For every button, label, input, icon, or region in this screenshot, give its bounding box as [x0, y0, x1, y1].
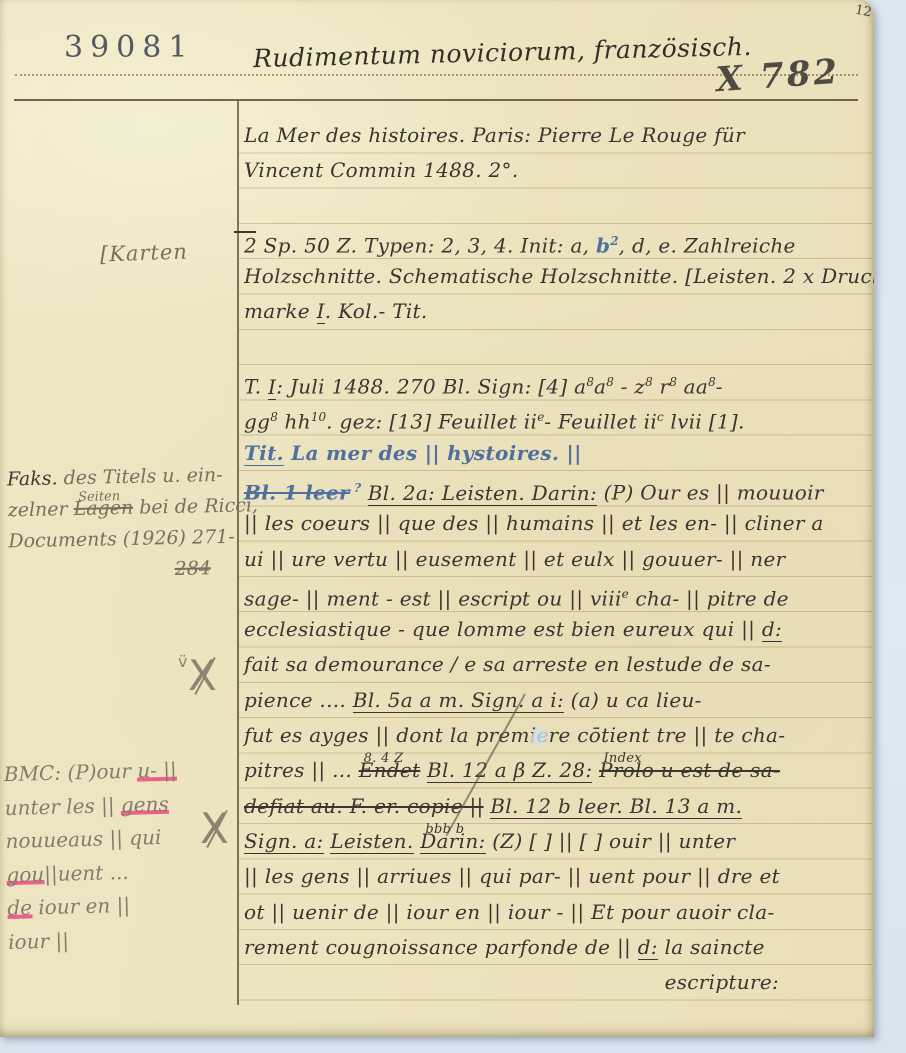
handwriting-segment: 8 — [708, 375, 716, 389]
handwritten-body: La Mer des histoires. Paris: Pierre Le R… — [244, 118, 874, 1000]
handwriting-segment: bei de Ricci, — [133, 494, 258, 519]
pencil-vee-mark: v̈ — [178, 641, 187, 683]
handwriting-segment: : Juli 1488. 270 Bl. Sign: [4] a — [276, 375, 586, 399]
handwriting-line: Vincent Commin 1488. 2°. — [244, 153, 874, 188]
handwriting-segment: aa — [677, 375, 708, 399]
handwriting-segment: Bl. 12 a β Z. 28: — [427, 758, 592, 783]
handwriting-segment: de — [7, 895, 32, 920]
handwriting-segment: 8 — [645, 375, 653, 389]
handwriting-segment: (a) u ca lieu- — [564, 688, 702, 712]
handwriting-segment: d: — [762, 617, 782, 642]
handwriting-line: Documents (1926) 271- — [8, 522, 241, 558]
handwriting-line: ot || uenir de || iour en || iour - || E… — [244, 895, 874, 930]
handwriting-line: || les coeurs || que des || humains || e… — [244, 506, 874, 541]
handwriting-line: || les gens || arriues || qui par- || ue… — [244, 859, 874, 894]
handwriting-segment: 2 — [610, 234, 618, 248]
handwriting-line: Sign. a: Leisten. Darin:bbb b (Z) [ ] ||… — [244, 824, 874, 859]
handwriting-line: Holzschnitte. Schematische Holzschnitte.… — [244, 259, 874, 294]
card-header-title: Rudimentum noviciorum, französisch. — [253, 32, 752, 73]
handwriting-segment: - Feuillet ii — [544, 410, 657, 434]
handwriting-segment: Bl. 12 b leer. Bl. 13 a m. — [490, 794, 742, 819]
handwriting-segment: rement cougnoissance parfonde de || — [244, 935, 638, 959]
handwriting-segment: ui || ure vertu || eusement || et eulx |… — [244, 547, 785, 571]
handwriting-segment: (P) Our es || mouuoir — [597, 481, 824, 505]
handwriting-segment: ecclesiastique - que lomme est bien eure… — [244, 617, 762, 641]
handwriting-segment: ot || uenir de || iour en || iour - || E… — [244, 900, 775, 924]
inserted-correction: Index — [603, 752, 641, 765]
handwriting-segment: , d, e. Zahlreiche — [619, 234, 796, 258]
handwriting-segment: . Kol.- Tit. — [325, 299, 428, 323]
handwriting-line: pitres || ... Endet8. 4 Z Bl. 12 a β Z. … — [244, 753, 874, 788]
pencil-x-mark-2: X — [200, 808, 229, 850]
handwriting-line: fait sa demourance / e sa arreste en les… — [244, 647, 874, 682]
handwriting-segment: || les coeurs || que des || humains || e… — [244, 511, 824, 535]
handwriting-segment: lvii [1]. — [664, 410, 745, 434]
handwriting-segment: La mer des || hystoires. || — [284, 441, 582, 465]
handwriting-segment: 8 — [270, 410, 278, 424]
margin-note-bmc: BMC: (P)our u- ||unter les || gensnouuea… — [3, 752, 243, 959]
handwriting-line: zelner LagenSeiten bei de Ricci, — [7, 491, 240, 527]
handwriting-segment: 10 — [311, 410, 326, 424]
handwriting-segment: La Mer des histoires. Paris: Pierre Le R… — [244, 123, 745, 147]
catalog-card-paper: 39081 Rudimentum noviciorum, französisch… — [0, 0, 874, 1037]
handwriting-segment: pitres || ... — [244, 758, 359, 782]
handwriting-segment: nouueaus || qui — [5, 825, 161, 853]
handwriting-segment: 284 — [174, 557, 211, 580]
handwriting-line: ecclesiastique - que lomme est bien eure… — [244, 612, 874, 647]
handwriting-segment: - z — [614, 375, 645, 399]
handwriting-line: La Mer des histoires. Paris: Pierre Le R… — [244, 118, 874, 153]
handwriting-segment: (Z) [ ] || [ ] ouir || unter — [486, 829, 736, 853]
handwriting-segment: gou — [6, 862, 44, 887]
handwriting-segment: iour en || — [32, 893, 131, 920]
handwriting-line: pience .... Bl. 5a a m. Sign. a i: (a) u… — [244, 683, 874, 718]
handwriting-segment: defiat au. F. er. copie || — [244, 794, 484, 818]
handwriting-segment: gens — [121, 791, 169, 816]
handwriting-segment: hh — [278, 410, 311, 434]
handwriting-segment: c — [657, 410, 664, 424]
handwriting-segment: cha- || pitre de — [629, 587, 789, 611]
handwriting-segment: Documents (1926) 271- — [8, 526, 235, 553]
handwriting-segment: Sign. a: — [244, 829, 324, 854]
handwriting-segment: gg — [244, 410, 270, 434]
handwriting-segment: b — [596, 234, 610, 258]
handwriting-segment: marke — [244, 299, 317, 323]
handwriting-segment: Bl. 1 leer — [244, 481, 350, 505]
corner-pen-mark: 12 — [854, 2, 873, 20]
handwriting-line: T. I: Juli 1488. 270 Bl. Sign: [4] a8a8 … — [244, 365, 874, 400]
handwriting-segment: Bl. 5a a m. Sign. a i: — [353, 688, 564, 713]
handwriting-line: 284 — [9, 553, 242, 589]
margin-note-karten: [Karten — [100, 239, 189, 266]
inserted-correction: Seiten — [78, 490, 120, 504]
shelfmark-annotation: X 782 — [715, 52, 842, 101]
handwriting-segment: d: — [638, 935, 658, 960]
handwriting-segment: iour || — [8, 928, 69, 954]
handwriting-segment — [361, 481, 368, 505]
handwriting-segment: r — [653, 375, 670, 399]
handwriting-segment: T. — [244, 375, 268, 399]
handwriting-segment: I — [268, 375, 276, 400]
handwriting-segment: Bl. 2a: Leisten. Darin: — [368, 481, 597, 506]
handwriting-line: 2 Sp. 50 Z. Typen: 2, 3, 4. Init: a, b2,… — [244, 224, 874, 259]
handwriting-segment: BMC: (P)our — [4, 759, 138, 786]
handwriting-segment: Faks. — [7, 467, 58, 490]
handwriting-line: ui || ure vertu || eusement || et eulx |… — [244, 542, 874, 577]
handwriting-line: sage- || ment - est || escript ou || vii… — [244, 577, 874, 612]
handwriting-line: gg8 hh10. gez: [13] Feuillet iie- Feuill… — [244, 400, 874, 435]
handwriting-segment: - — [716, 375, 723, 399]
handwriting-segment: pience .... — [244, 688, 353, 712]
handwriting-segment: 8 — [586, 375, 594, 389]
inserted-correction: 8. 4 Z — [364, 752, 404, 765]
handwriting-line: Tit. La mer des || hystoires. || — [244, 436, 874, 471]
accession-number-stamp: 39081 — [64, 30, 194, 65]
handwriting-line: defiat au. F. er. copie || Bl. 12 b leer… — [244, 789, 874, 824]
handwriting-segment: Tit. — [244, 441, 284, 466]
handwriting-segment: a — [594, 375, 606, 399]
handwriting-line — [244, 189, 874, 224]
handwriting-line: rement cougnoissance parfonde de || d: l… — [244, 930, 874, 965]
handwriting-line: escripture: — [244, 965, 874, 1000]
handwriting-segment: 8 — [606, 375, 614, 389]
handwriting-segment: zelner — [7, 498, 73, 521]
handwriting-segment: fut es ayges || dont la premiere cōtient… — [244, 723, 785, 747]
pencil-x-mark-1: v̈X — [188, 655, 217, 697]
handwriting-segment: u est de sa- — [654, 758, 780, 782]
handwriting-line: iour || — [8, 919, 244, 959]
handwriting-segment: e — [622, 587, 629, 601]
handwriting-segment: . gez: [13] Feuillet ii — [326, 410, 537, 434]
handwriting-line: Faks. des Titels u. ein- — [7, 460, 240, 496]
handwriting-segment: ||uent ... — [44, 859, 129, 885]
handwriting-segment: 2 Sp. 50 Z. Typen: 2, 3, 4. Init: a, — [244, 234, 596, 258]
handwriting-line — [244, 330, 874, 365]
handwriting-segment: Vincent Commin 1488. 2°. — [244, 158, 519, 182]
handwriting-segment: escripture: — [665, 970, 779, 994]
handwriting-segment: la saincte — [658, 935, 765, 959]
margin-note-faksimile: Faks. des Titels u. ein-zelner LagenSeit… — [7, 460, 242, 589]
handwriting-segment: u- || — [137, 758, 177, 783]
handwriting-segment: 8 — [669, 375, 677, 389]
handwriting-segment: ? — [350, 481, 361, 495]
handwriting-segment: I — [317, 299, 325, 324]
handwriting-segment: Leisten. — [330, 829, 413, 854]
handwriting-line: fut es ayges || dont la premiere cōtient… — [244, 718, 874, 753]
handwriting-segment: des Titels u. ein- — [57, 464, 222, 489]
handwriting-segment: unter les || — [4, 793, 121, 820]
handwriting-line: marke I. Kol.- Tit. — [244, 294, 874, 329]
handwriting-segment: sage- || ment - est || escript ou || vii… — [244, 587, 622, 611]
handwriting-segment: Holzschnitte. Schematische Holzschnitte.… — [244, 264, 874, 288]
handwriting-segment: || les gens || arriues || qui par- || ue… — [244, 864, 780, 888]
handwriting-line: Bl. 1 leer ? Bl. 2a: Leisten. Darin: (P)… — [244, 471, 874, 506]
handwriting-segment: fait sa demourance / e sa arreste en les… — [244, 652, 771, 676]
